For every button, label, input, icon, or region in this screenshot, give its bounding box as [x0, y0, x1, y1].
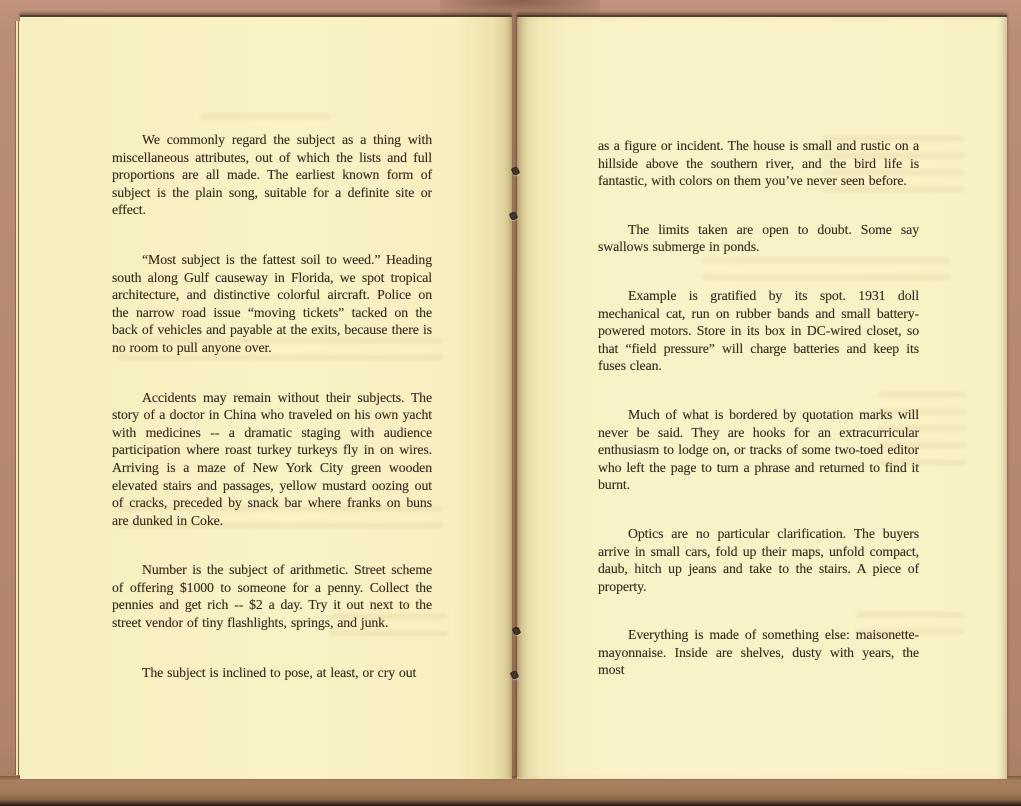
- open-book-scan: We commonly regard the subject as a thin…: [0, 0, 1021, 806]
- paragraph: We commonly regard the subject as a thin…: [112, 131, 432, 219]
- paragraph: Everything is made of something else: ma…: [598, 626, 919, 679]
- cover-edge-bottom: [0, 776, 1021, 806]
- paragraph: as a figure or incident. The house is sm…: [598, 137, 919, 190]
- paragraph: Example is gratified by its spot. 1931 d…: [598, 287, 919, 375]
- cover-fold-shadow: [440, 0, 600, 16]
- paragraph: “Most subject is the fattest soil to wee…: [112, 251, 432, 357]
- paragraph: The subject is inclined to pose, at leas…: [112, 664, 432, 682]
- paragraph: Optics are no particular clarification. …: [598, 525, 919, 595]
- show-through-smudge: [200, 114, 330, 130]
- paragraph: The limits taken are open to doubt. Some…: [598, 221, 919, 256]
- paragraph: Accidents may remain without their subje…: [112, 389, 432, 530]
- book-gutter-crease: [504, 15, 528, 777]
- paragraph: Number is the subject of arithmetic. Str…: [112, 561, 432, 631]
- paragraph: Much of what is bordered by quotation ma…: [598, 406, 919, 494]
- right-page-text-block: as a figure or incident. The house is sm…: [598, 137, 919, 679]
- left-page-text-block: We commonly regard the subject as a thin…: [112, 131, 432, 681]
